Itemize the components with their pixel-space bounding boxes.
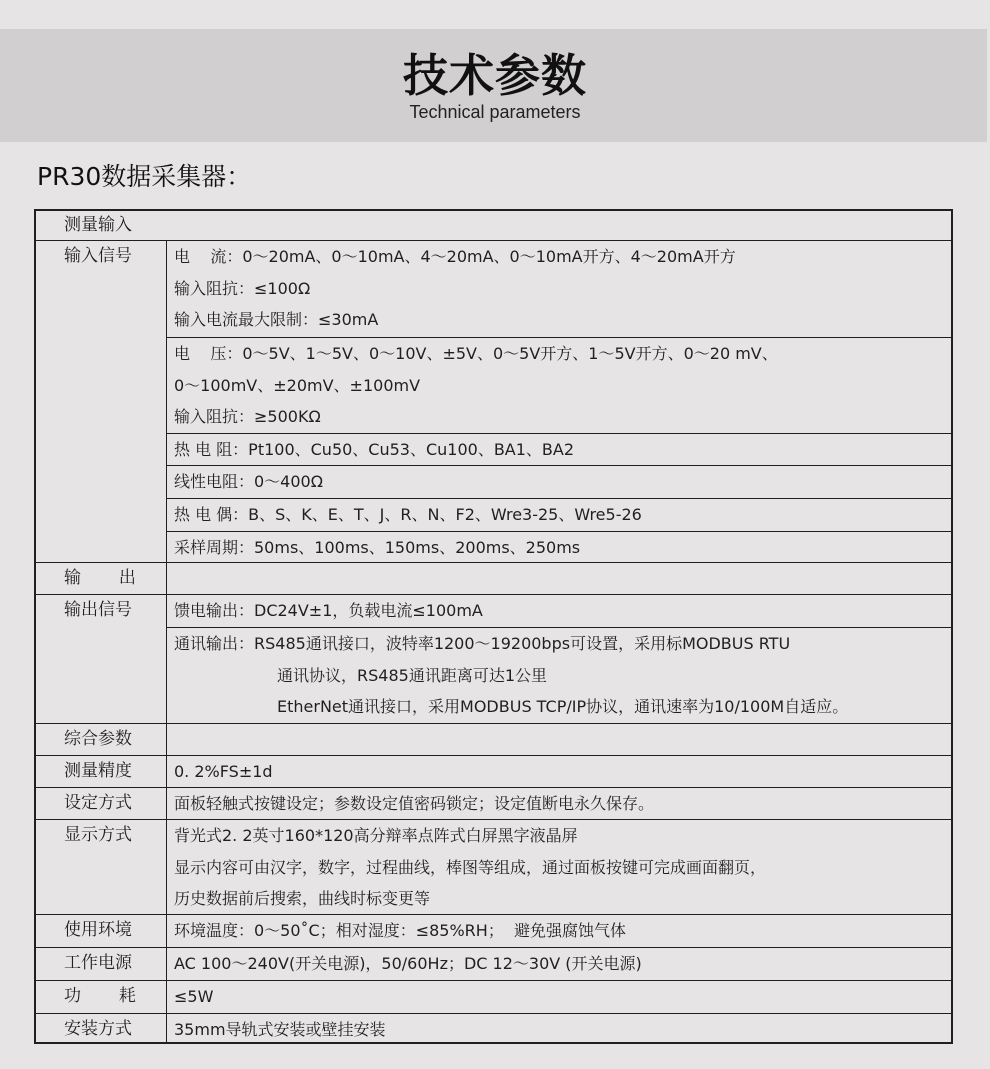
row-consumption: 功 耗 ≤5W (36, 980, 951, 1013)
row-input-signal: 输入信号 电 流：0～20mA、0～10mA、4～20mA、0～10mA开方、4… (36, 240, 951, 594)
product-name: PR30数据采集器： (37, 160, 251, 194)
row-display: 显示方式 背光式2. 2英寸160*120高分辩率点阵式白屏黑字液晶屏 显示内容… (36, 819, 951, 914)
row-setting: 设定方式 面板轻触式按键设定；参数设定值密码锁定；设定值断电永久保存。 (36, 787, 951, 819)
section-general: 综合参数 (36, 723, 951, 755)
section-output: 输 出 (36, 562, 951, 594)
row-environment: 使用环境 环境温度：0～50˚C；相对湿度：≤85%RH； 避免强腐蚀气体 (36, 914, 951, 947)
row-accuracy: 测量精度 0. 2%FS±1d (36, 755, 951, 787)
linear-resistance-row: 线性电阻：0～400Ω (167, 465, 951, 498)
voltage-group: 电 压：0～5V、1～5V、0～10V、±5V、0～5V开方、1～5V开方、0～… (167, 337, 951, 433)
comm-output: 通讯输出：RS485通讯接口，波特率1200～19200bps可设置，采用标MO… (167, 627, 951, 724)
page-title: 技术参数 (0, 50, 990, 102)
row-install: 安装方式 35mm导轨式安装或壁挂安装 (36, 1013, 951, 1044)
row-label: 输入信号 (36, 241, 166, 594)
rtd-row: 热 电 阻：Pt100、Cu50、Cu53、Cu100、BA1、BA2 (167, 433, 951, 465)
page-subtitle: Technical parameters (0, 101, 990, 123)
feed-output: 馈电输出：DC24V±1，负载电流≤100mA (167, 595, 951, 627)
spec-table: 测量输入 输入信号 电 流：0～20mA、0～10mA、4～20mA、0～10m… (34, 209, 953, 1044)
section-measure-input: 测量输入 (36, 211, 951, 240)
row-output-signal: 输出信号 馈电输出：DC24V±1，负载电流≤100mA 通讯输出：RS485通… (36, 594, 951, 723)
current-group: 电 流：0～20mA、0～10mA、4～20mA、0～10mA开方、4～20mA… (167, 241, 951, 337)
row-power: 工作电源 AC 100～240V(开关电源)，50/60Hz；DC 12～30V… (36, 947, 951, 980)
sampling-row: 采样周期：50ms、100ms、150ms、200ms、250ms (167, 531, 951, 563)
thermocouple-row: 热 电 偶：B、S、K、E、T、J、R、N、F2、Wre3-25、Wre5-26 (167, 498, 951, 531)
